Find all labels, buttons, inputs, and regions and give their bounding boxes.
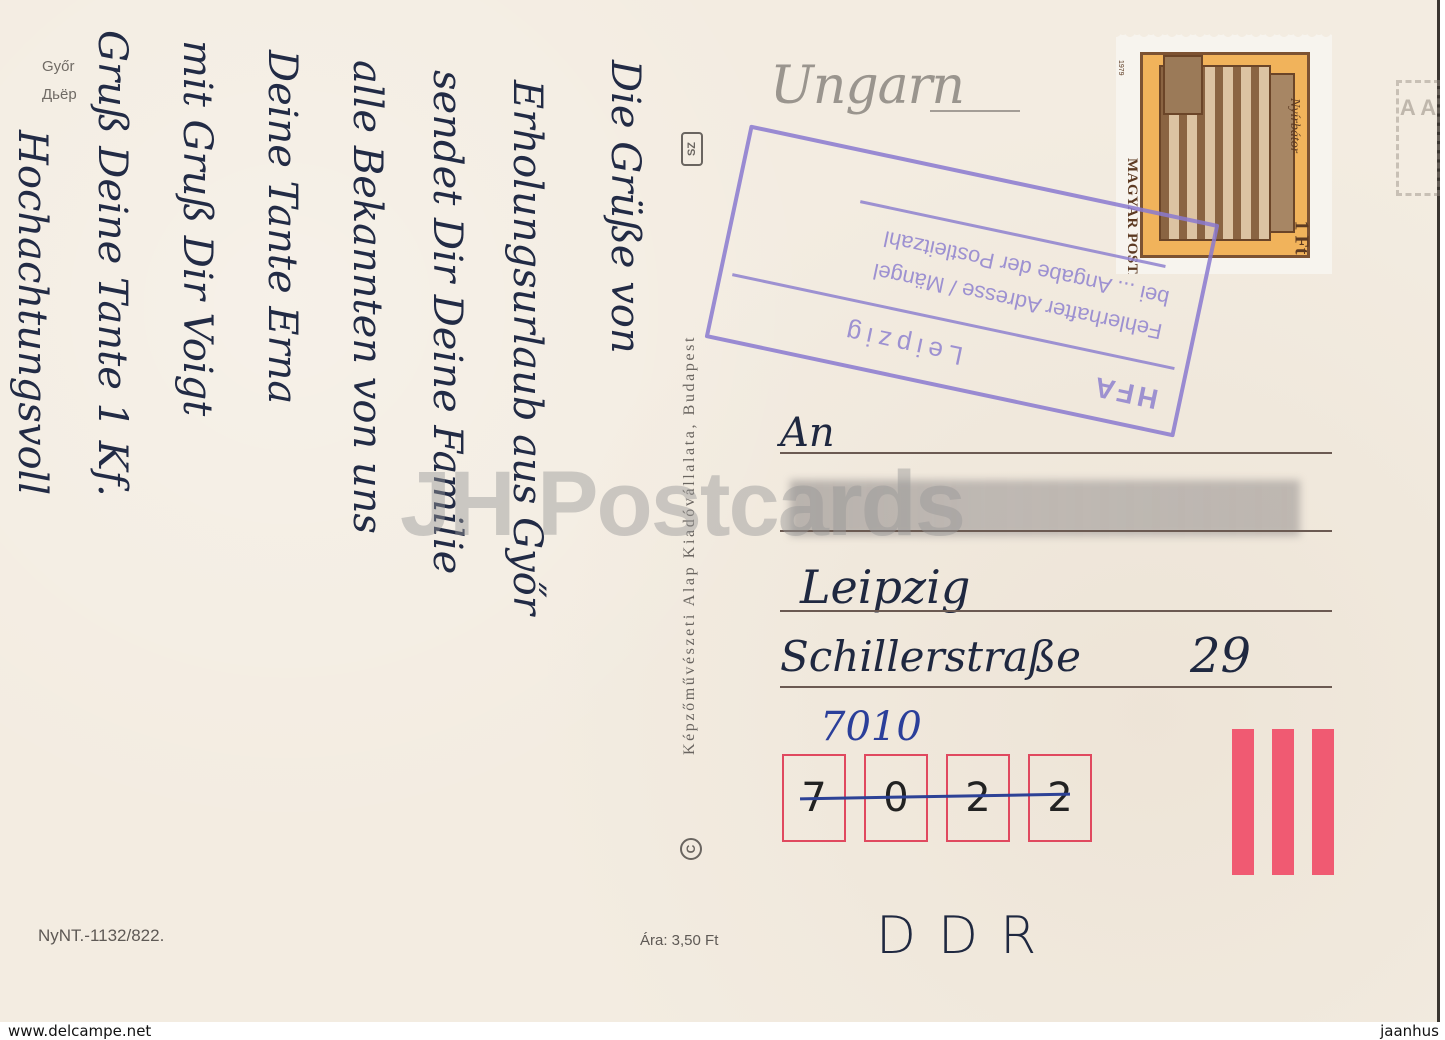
- address-street: Schillerstraße: [780, 632, 1081, 681]
- footer-seller: jaanhus: [1380, 1022, 1439, 1040]
- pencil-note: Ungarn: [770, 56, 964, 116]
- message-line-6: mit Gruß Dir Voigt: [174, 40, 220, 416]
- stamp-place: Nyírbátor: [1286, 98, 1302, 153]
- catalog-number: NyNT.-1132/822.: [38, 926, 164, 946]
- pencil-underline: [930, 110, 1020, 112]
- handstamp-city: Leipzig: [837, 315, 965, 371]
- postcard-back: Győr Дьёр Die Grüße von Erholungsurlaub …: [0, 0, 1440, 1022]
- message-line-8: Hochachtungsvoll: [9, 130, 55, 495]
- red-bar-2: [1272, 729, 1294, 875]
- footer-source-link[interactable]: www.delcampe.net: [8, 1022, 151, 1040]
- watermark: JH Postcards: [400, 452, 964, 557]
- message-line-7: Gruß Deine Tante 1 Kf.: [89, 30, 135, 497]
- red-bar-3: [1312, 729, 1334, 875]
- red-bar-1: [1232, 729, 1254, 875]
- church-tower: [1163, 55, 1203, 115]
- address-city: Leipzig: [800, 560, 970, 614]
- zip-digit-4: 2: [1028, 754, 1092, 842]
- address-line-4: [780, 686, 1332, 688]
- message-line-4: alle Bekannten von uns: [344, 60, 390, 534]
- address-salutation: An: [780, 410, 835, 456]
- address-house-number: 29: [1190, 628, 1251, 684]
- address-line-3: [780, 610, 1332, 612]
- corrected-zip: 7010: [820, 704, 922, 750]
- stamp-value: 1 Ft: [1289, 221, 1312, 255]
- copyright-icon: C: [680, 838, 702, 860]
- stamp-year: 1979: [1117, 60, 1124, 76]
- message-line-5: Deine Tante Erna: [259, 50, 305, 404]
- price-label: Ára: 3,50 Ft: [640, 932, 718, 949]
- zip-digit-3: 2: [946, 754, 1010, 842]
- address-country: DDR: [876, 906, 1058, 966]
- handstamp-code: HFA: [1088, 369, 1161, 414]
- caption-russian: Дьёр: [42, 86, 77, 103]
- caption-hungarian: Győr: [42, 58, 75, 75]
- message-line-1: Die Grüße von: [602, 60, 648, 354]
- postal-code-bars: [1232, 729, 1334, 875]
- edge-postmark: A A: [1396, 80, 1440, 196]
